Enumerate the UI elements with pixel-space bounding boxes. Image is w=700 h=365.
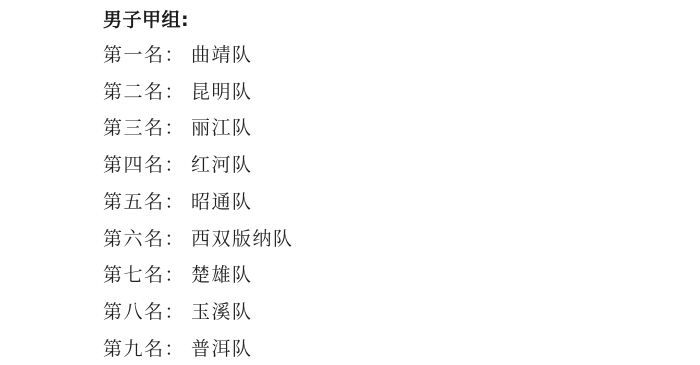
rank-label: 第八名： [103,297,185,324]
team-name: 丽江队 [191,113,253,140]
rank-label: 第六名： [103,224,185,251]
team-name: 普洱队 [191,334,253,361]
ranking-row-9: 第九名： 普洱队 [103,329,700,365]
group-heading: 男子甲组: [103,9,700,31]
ranking-row-8: 第八名： 玉溪队 [103,292,700,329]
ranking-row-7: 第七名： 楚雄队 [103,256,700,293]
rank-label: 第七名： [103,260,185,287]
rank-label: 第九名： [103,334,185,361]
rank-label: 第五名： [103,187,185,214]
team-name: 玉溪队 [191,297,253,324]
ranking-row-5: 第五名： 昭通队 [103,182,700,219]
ranking-row-6: 第六名： 西双版纳队 [103,219,700,256]
rank-label: 第四名： [103,150,185,177]
rank-label: 第二名： [103,77,185,104]
ranking-row-3: 第三名： 丽江队 [103,109,700,146]
ranking-row-4: 第四名： 红河队 [103,145,700,182]
ranking-row-1: 第一名： 曲靖队 [103,35,700,72]
team-name: 昆明队 [191,77,253,104]
team-name: 红河队 [191,150,253,177]
team-name: 昭通队 [191,187,253,214]
document-page: 男子甲组: 第一名： 曲靖队 第二名： 昆明队 第三名： 丽江队 第四名： 红河… [0,0,700,365]
ranking-list: 第一名： 曲靖队 第二名： 昆明队 第三名： 丽江队 第四名： 红河队 第五名：… [103,35,700,365]
rank-label: 第三名： [103,113,185,140]
ranking-row-2: 第二名： 昆明队 [103,72,700,109]
team-name: 楚雄队 [191,260,253,287]
rank-label: 第一名： [103,40,185,67]
team-name: 曲靖队 [191,40,253,67]
team-name: 西双版纳队 [191,224,294,251]
